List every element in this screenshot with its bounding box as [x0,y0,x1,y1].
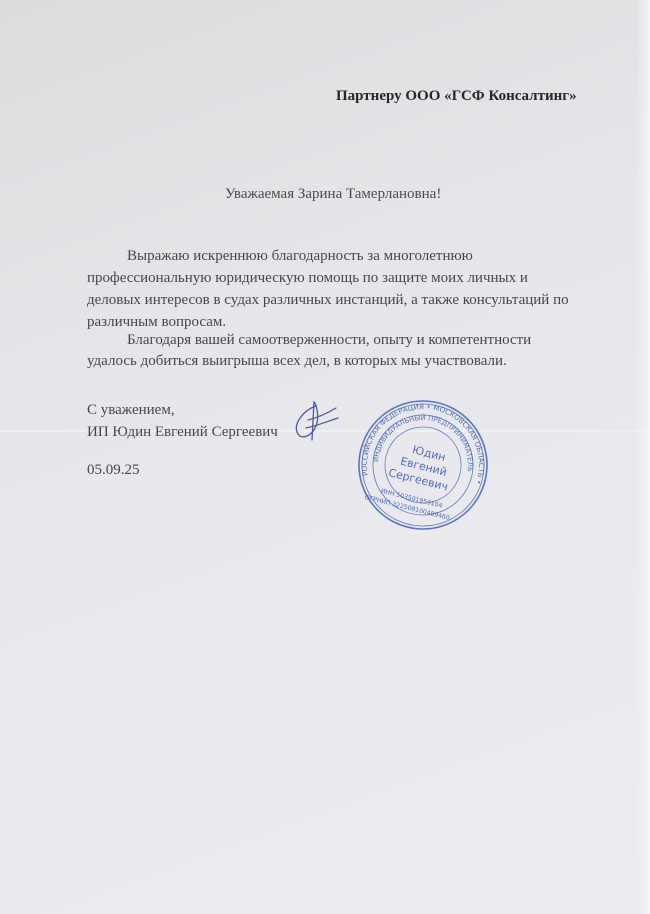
signature-icon [286,400,342,444]
closing-date: 05.09.25 [87,462,140,479]
letter-page: Партнеру ООО «ГСФ Консалтинг» Уважаемая … [0,0,650,914]
body-line-6: удалось добиться выигрыша всех дел, в ко… [87,353,507,370]
salutation: Уважаемая Зарина Тамерлановна! [225,186,441,203]
body-line-3: деловых интересов в судах различных инст… [87,292,569,309]
paper-edge [636,0,650,914]
addressee: Партнеру ООО «ГСФ Консалтинг» [336,88,577,105]
body-line-5: Благодаря вашей самоотверженности, опыту… [127,332,531,349]
body-line-4: различным вопросам. [87,314,226,331]
stamp-seal-icon: РОССИЙСКАЯ ФЕДЕРАЦИЯ • МОСКОВСКАЯ ОБЛАСТ… [356,398,490,532]
body-line-2: профессиональную юридическую помощь по з… [87,270,528,287]
body-line-1: Выражаю искреннюю благодарность за много… [127,248,473,265]
closing-regards: С уважением, [87,402,175,419]
closing-sender: ИП Юдин Евгений Сергеевич [87,424,278,441]
